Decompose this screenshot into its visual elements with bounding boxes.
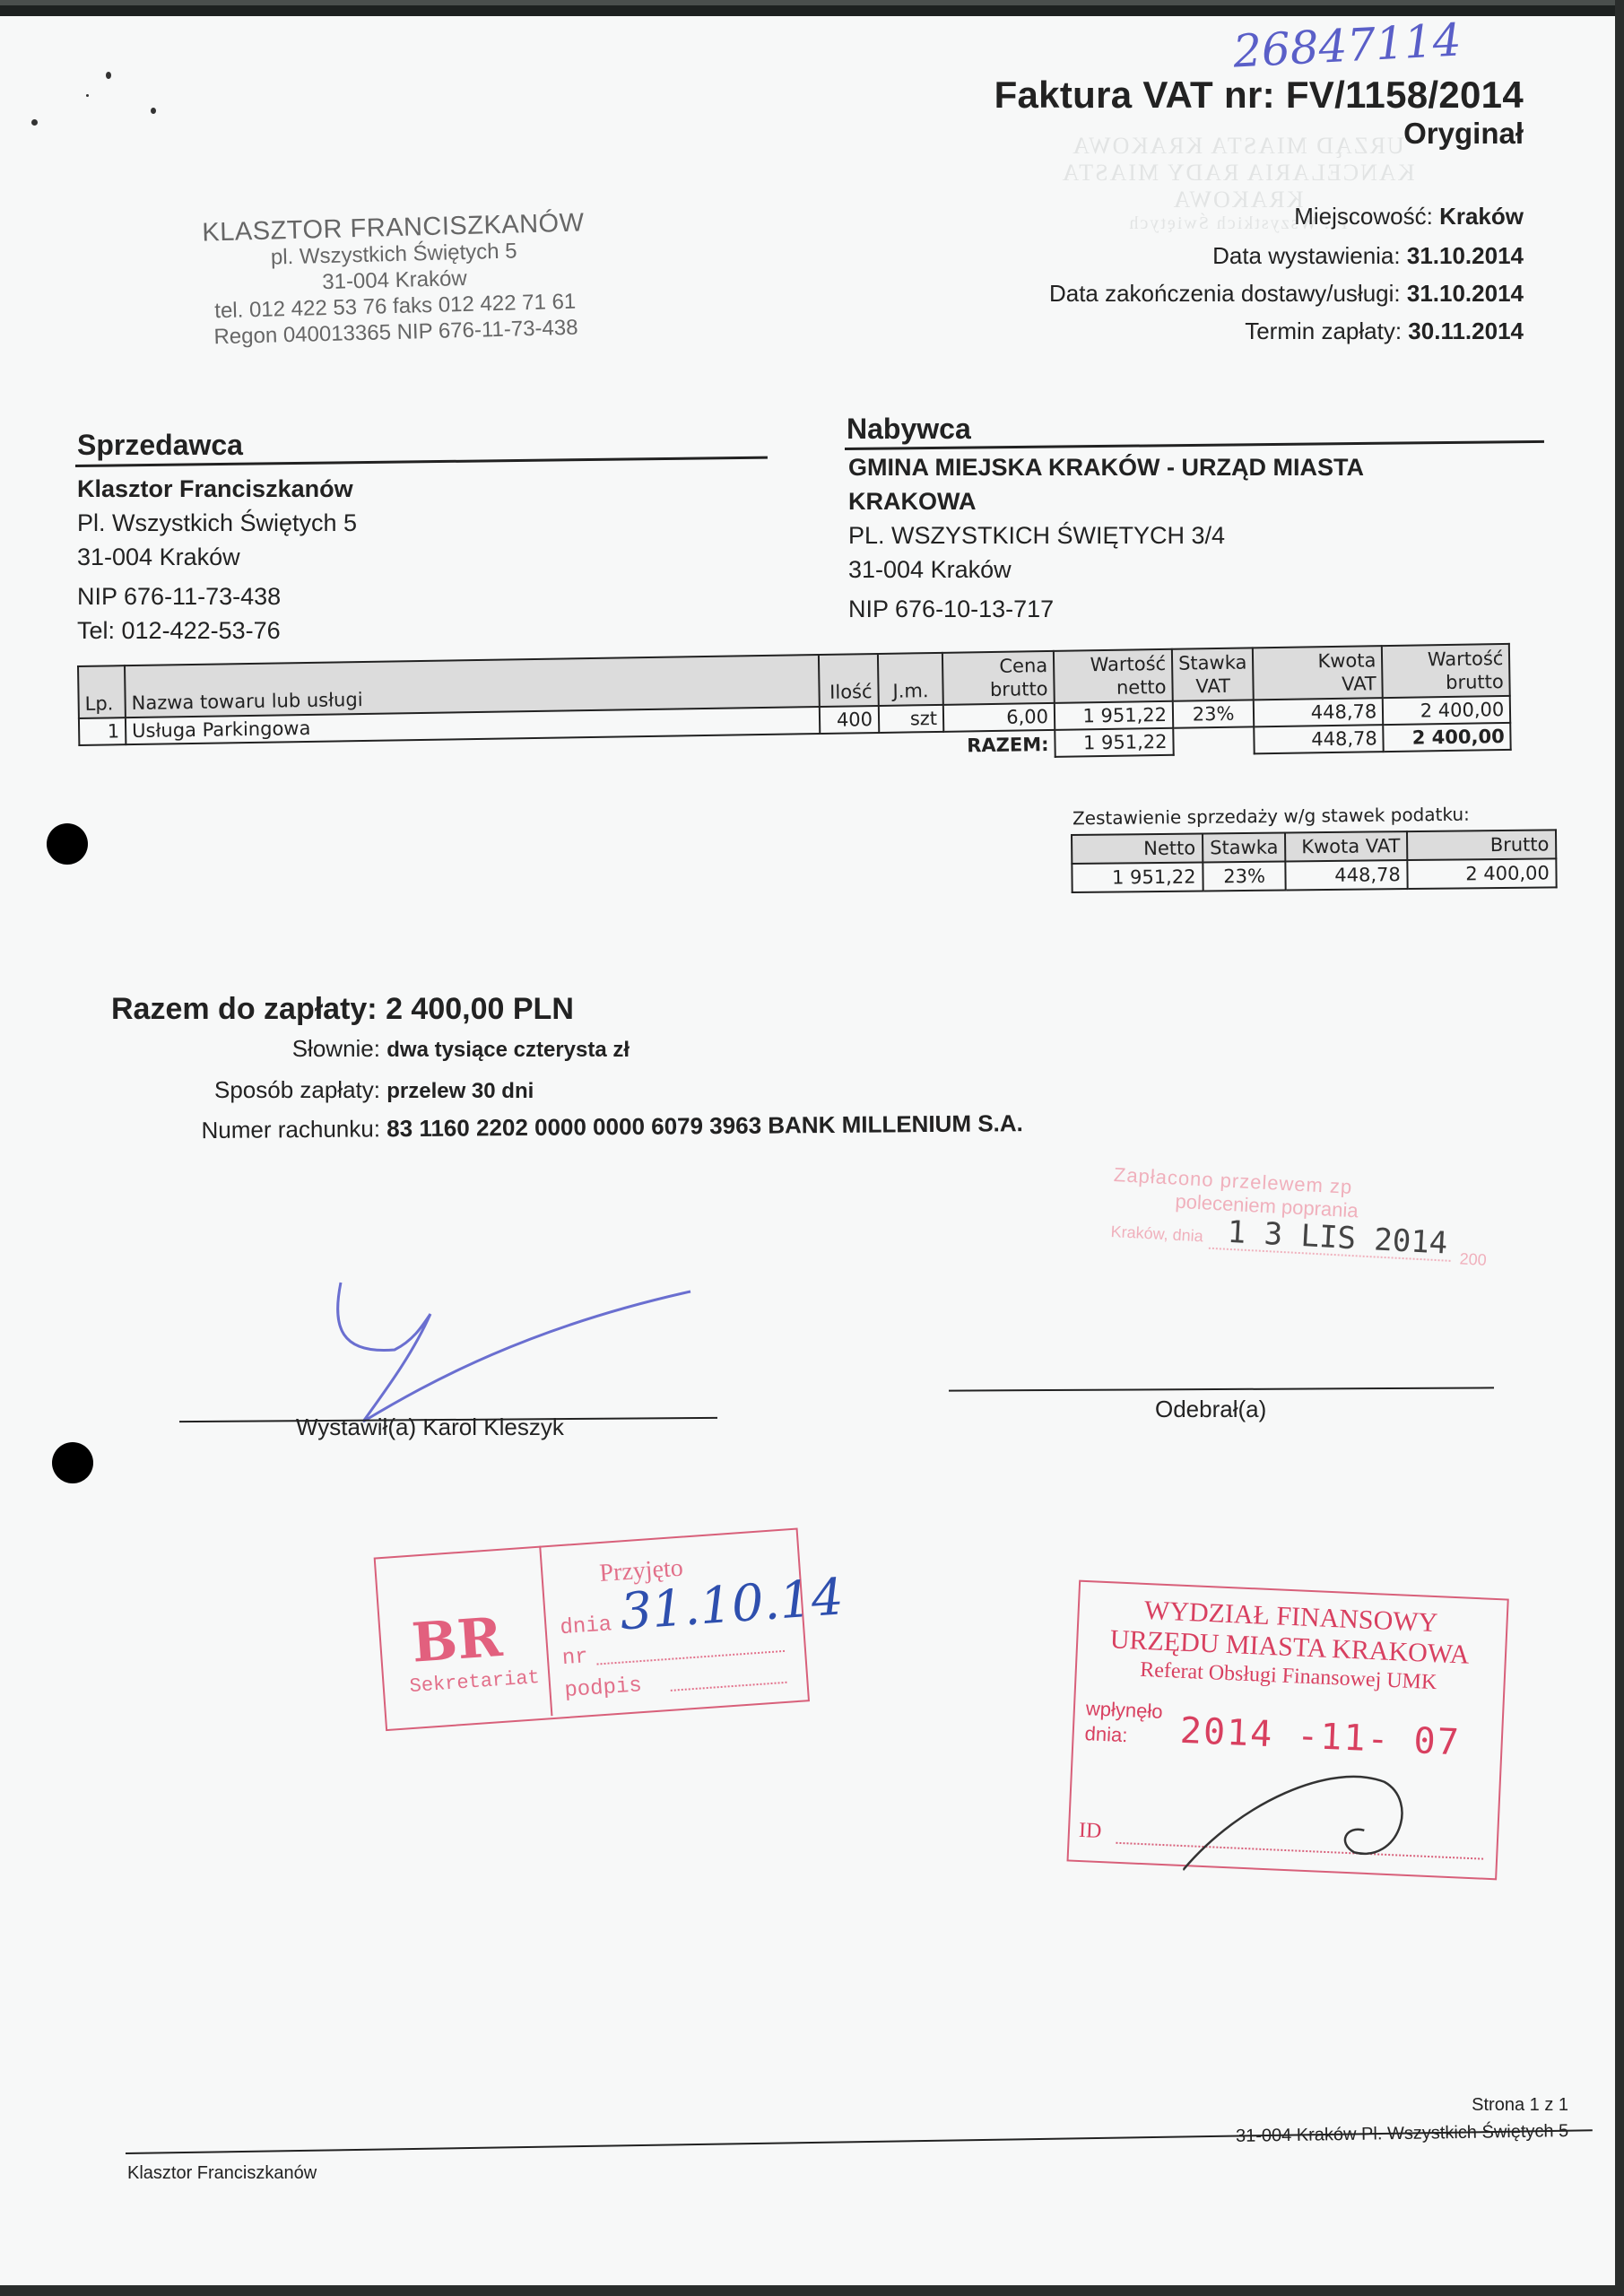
copy-type: Oryginał: [1403, 117, 1524, 151]
meta-due-date: Termin zapłaty: 30.11.2014: [1245, 317, 1524, 345]
punch-hole: [52, 1442, 93, 1483]
footer-company: Klasztor Franciszkanów: [127, 2163, 317, 2184]
finance-dept-stamp: WYDZIAŁ FINANSOWY URZĘDU MIASTA KRAKOWA …: [1066, 1580, 1509, 1886]
paid-stamp: Zapłacono przelewem zp poleceniem popran…: [1110, 1163, 1490, 1265]
finance-stamp-scribble: [1183, 1755, 1456, 1883]
meta-issue-date: Data wystawienia: 31.10.2014: [1212, 242, 1524, 270]
items-table: Lp. Nazwa towaru lub usługi Ilość J.m. C…: [77, 643, 1512, 773]
vat-summary-table: Netto Stawka Kwota VAT Brutto 1 951,22 2…: [1071, 829, 1558, 893]
br-received-stamp: BR Sekretariat Przyjęto dnia 31.10.14 nr…: [371, 1492, 807, 1745]
scan-border-right: [1615, 0, 1624, 2296]
total-to-pay: Razem do zapłaty: 2 400,00 PLN: [111, 992, 574, 1027]
received-by-line: [949, 1387, 1494, 1391]
buyer-heading: Nabywca: [847, 413, 971, 446]
table-row: 1 951,22 23% 448,78 2 400,00: [1072, 858, 1557, 892]
seller-stamp: KLASZTOR FRANCISZKANÓW pl. Wszystkich Św…: [195, 210, 594, 350]
br-logo: BR: [410, 1606, 504, 1675]
meta-delivery-date: Data zakończenia dostawy/usługi: 31.10.2…: [1049, 280, 1524, 308]
seller-heading: Sprzedawca: [77, 429, 243, 462]
received-by-label: Odebrał(a): [1155, 1396, 1266, 1423]
amount-in-words: Słownie: dwa tysiące czterysta zł: [108, 1035, 630, 1063]
vat-summary-title: Zestawienie sprzedaży w/g stawek podatku…: [1073, 804, 1470, 830]
scan-speck: [31, 119, 38, 126]
meta-place: Miejscowość: Kraków: [1294, 203, 1524, 230]
scan-speck: [86, 94, 89, 97]
buyer-details: GMINA MIEJSKA KRAKÓW - URZĄD MIASTA KRAK…: [848, 450, 1364, 626]
scan-border-bottom: [0, 2285, 1624, 2296]
handwritten-reference: 26847114: [1232, 13, 1463, 77]
footer-address: 31-004 Kraków Pl. Wszystkich Świętych 5: [1236, 2121, 1569, 2147]
scan-speck: [151, 108, 156, 114]
punch-hole: [47, 823, 88, 865]
invoice-title: Faktura VAT nr: FV/1158/2014: [994, 74, 1524, 117]
bank-account: Numer rachunku: 83 1160 2202 0000 0000 6…: [108, 1109, 1023, 1145]
issued-by-label: Wystawił(a) Karol Kleszyk: [296, 1413, 564, 1441]
page-number: Strona 1 z 1: [1472, 2095, 1568, 2116]
payment-method: Sposób zapłaty: przelew 30 dni: [108, 1076, 534, 1104]
scan-border-top-highlight: [0, 0, 1624, 5]
scan-speck: [106, 72, 111, 79]
seller-details: Klasztor Franciszkanów Pl. Wszystkich Św…: [77, 472, 357, 648]
signature-scribble: [305, 1274, 699, 1426]
